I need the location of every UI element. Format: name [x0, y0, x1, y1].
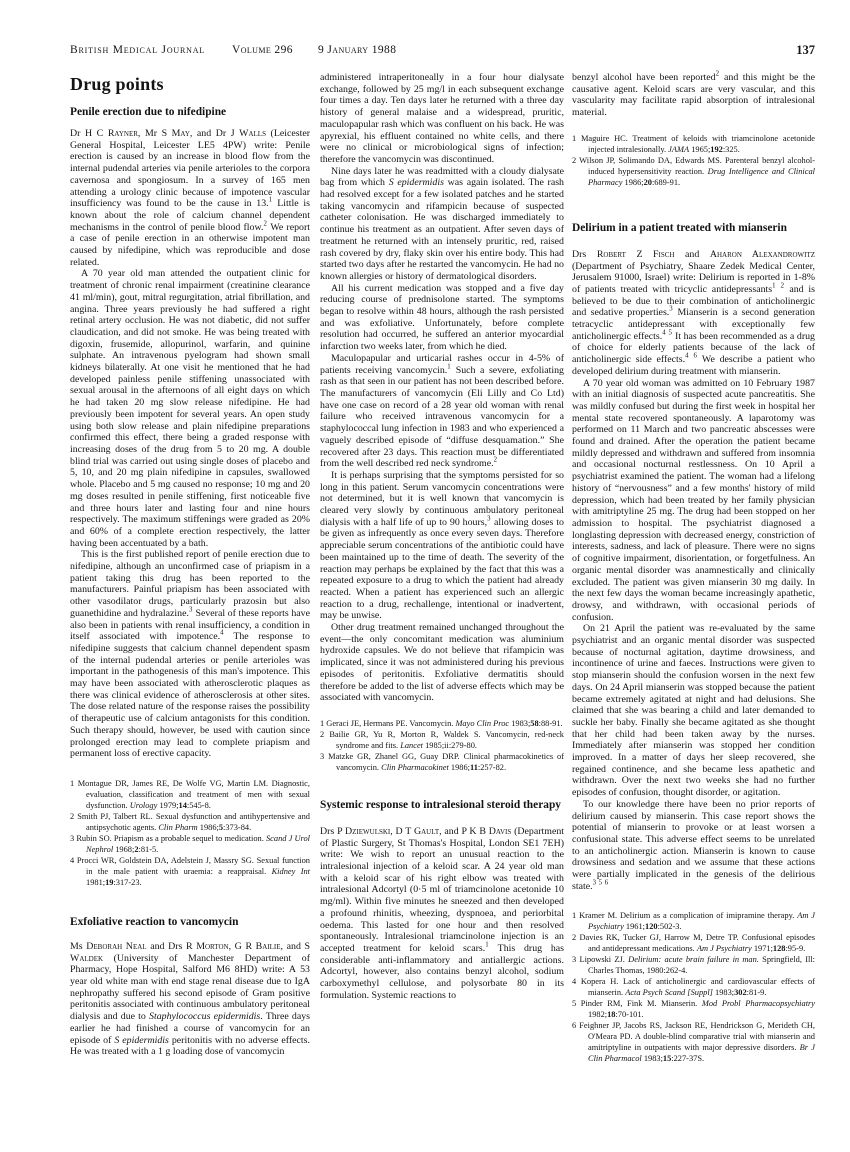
- paragraph: To our knowledge there have been no prio…: [572, 799, 815, 893]
- reference-item: 2 Bailie GR, Yu R, Morton R, Waldek S. V…: [320, 729, 564, 751]
- paragraph: All his current medication was stopped a…: [320, 283, 564, 353]
- paragraph: A 70 year old woman was admitted on 10 F…: [572, 378, 815, 624]
- reference-list-steroid: 1 Maguire HC. Treatment of keloids with …: [572, 133, 815, 188]
- paragraph: Ms Deborah Neal and Drs R Morton, G R Ba…: [70, 941, 310, 1058]
- reference-item: 1 Maguire HC. Treatment of keloids with …: [572, 133, 815, 155]
- reference-item: 3 Lipowski ZJ. Delirium: acute brain fai…: [572, 954, 815, 976]
- reference-item: 5 Pinder RM, Fink M. Mianserin. Mod Prob…: [572, 998, 815, 1020]
- paragraph: Drs Robert Z Fisch and Aharon Alexandrow…: [572, 249, 815, 378]
- paragraph: Nine days later he was readmitted with a…: [320, 166, 564, 283]
- paragraph: A 70 year old man attended the outpatien…: [70, 268, 310, 549]
- reference-item: 2 Wilson JP, Solimando DA, Edwards MS. P…: [572, 155, 815, 188]
- reference-list-nifedipine: 1 Montague DR, James RE, De Wolfe VG, Ma…: [70, 778, 310, 888]
- reference-item: 3 Rubin SO. Priapism as a probable seque…: [70, 833, 310, 855]
- reference-item: 1 Kramer M. Delirium as a complication o…: [572, 910, 815, 932]
- reference-item: 1 Montague DR, James RE, De Wolfe VG, Ma…: [70, 778, 310, 811]
- issue-date: 9 January 1988: [318, 44, 396, 56]
- paragraph: Maculopapular and urticarial rashes occu…: [320, 353, 564, 470]
- reference-item: 2 Smith PJ, Talbert RL. Sexual dysfuncti…: [70, 811, 310, 833]
- paragraph: Drs P Dziewulski, D T Gault, and P K B D…: [320, 826, 564, 1002]
- reference-list-vancomycin: 1 Geraci JE, Hermans PE. Vancomycin. May…: [320, 718, 564, 773]
- volume-label: Volume 296: [232, 44, 293, 56]
- reference-item: 4 Procci WR, Goldstein DA, Adelstein J, …: [70, 855, 310, 888]
- reference-item: 4 Kopera H. Lack of anticholinergic and …: [572, 976, 815, 998]
- page-header: British Medical Journal Volume 296 9 Jan…: [70, 44, 815, 62]
- paragraph: Dr H C Rayner, Mr S May, and Dr J Walls …: [70, 128, 310, 268]
- paragraph: This is the first published report of pe…: [70, 549, 310, 760]
- article-title-nifedipine: Penile erection due to nifedipine: [70, 106, 310, 119]
- reference-list-mianserin: 1 Kramer M. Delirium as a complication o…: [572, 910, 815, 1064]
- article-title-mianserin: Delirium in a patient treated with mians…: [572, 222, 815, 235]
- column-right: benzyl alcohol have been reported2 and t…: [572, 72, 815, 1064]
- column-left: Drug points Penile erection due to nifed…: [70, 75, 310, 1058]
- paragraph: On 21 April the patient was re-evaluated…: [572, 623, 815, 799]
- reference-item: 3 Matzke GR, Zhanel GG, Guay DRP. Clinic…: [320, 751, 564, 773]
- page-number: 137: [796, 43, 815, 58]
- reference-item: 1 Geraci JE, Hermans PE. Vancomycin. May…: [320, 718, 564, 729]
- reference-item: 2 Davies RK, Tucker GJ, Harrow M, Detre …: [572, 932, 815, 954]
- paragraph: Other drug treatment remained unchanged …: [320, 622, 564, 704]
- paragraph: It is perhaps surprising that the sympto…: [320, 470, 564, 622]
- paragraph: administered intraperitoneally in a four…: [320, 72, 564, 166]
- journal-page: British Medical Journal Volume 296 9 Jan…: [0, 0, 850, 1152]
- reference-item: 6 Feighner JP, Jacobs RS, Jackson RE, He…: [572, 1020, 815, 1064]
- column-middle: administered intraperitoneally in a four…: [320, 72, 564, 1002]
- article-title-vancomycin: Exfoliative reaction to vancomycin: [70, 916, 310, 929]
- paragraph: benzyl alcohol have been reported2 and t…: [572, 72, 815, 119]
- section-title: Drug points: [70, 75, 310, 93]
- article-title-steroid: Systemic response to intralesional stero…: [320, 799, 564, 812]
- journal-name: British Medical Journal: [70, 44, 205, 56]
